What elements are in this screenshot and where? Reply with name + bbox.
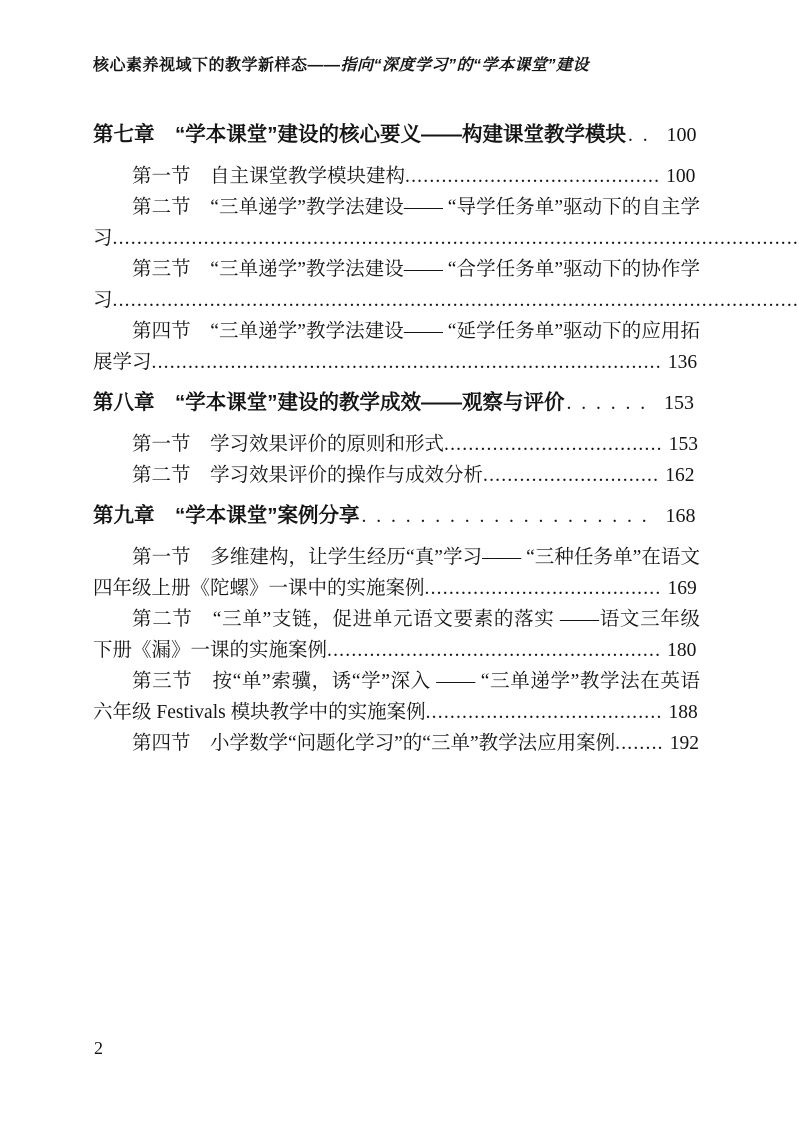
- toc-entry-section: 第一节 学习效果评价的原则和形式........................…: [93, 429, 700, 460]
- table-of-contents: 第七章 “学本课堂”建设的核心要义——构建课堂教学模块. . 100 第一节 自…: [93, 119, 700, 759]
- toc-entry-title: 第二节 学习效果评价的操作与成效分析: [132, 465, 483, 486]
- toc-entry-page: 188: [663, 702, 698, 723]
- toc-entry-page: 180: [661, 640, 696, 661]
- dot-leader: . . . . . . . . . . . . . . . . . . . .: [360, 506, 657, 527]
- toc-entry-section: 第四节 “三单递学”教学法建设—— “延学任务单”驱动下的应用拓展学习.....…: [93, 316, 700, 378]
- toc-entry-page: 168: [657, 505, 696, 527]
- dot-leader: . .: [626, 125, 658, 146]
- toc-entry-chapter: 第七章 “学本课堂”建设的核心要义——构建课堂教学模块. . 100: [93, 119, 700, 152]
- toc-entry-section: 第三节 按“单”索骥，诱“学”深入 —— “三单递学”教学法在英语六年级 Fes…: [93, 666, 700, 728]
- dot-leader: ........................................…: [113, 290, 799, 311]
- dot-leader: ....................................: [444, 434, 663, 455]
- dot-leader: .......................................: [425, 578, 662, 599]
- toc-entry-title: 第九章 “学本课堂”案例分享: [93, 504, 360, 527]
- toc-entry-page: 192: [664, 733, 699, 754]
- dot-leader: ........................................…: [327, 640, 661, 661]
- toc-entry-section: 第一节 自主课堂教学模块建构..........................…: [93, 161, 700, 192]
- toc-entry-section: 第二节 学习效果评价的操作与成效分析......................…: [93, 460, 700, 491]
- dot-leader: .......................................: [426, 702, 663, 723]
- dot-leader: . . . . . .: [565, 393, 656, 414]
- toc-entry-page: 153: [655, 392, 694, 414]
- toc-entry-section: 第四节 小学数学“问题化学习”的“三单”教学法应用案例........192: [93, 728, 700, 759]
- dot-leader: ........................................…: [152, 352, 662, 373]
- running-header: 核心素养视域下的教学新样态——指向“深度学习”的“学本课堂”建设: [93, 52, 700, 75]
- toc-entry-page: 100: [658, 124, 697, 146]
- dot-leader: ........................................…: [113, 228, 799, 249]
- toc-entry-page: 162: [659, 465, 694, 486]
- running-header-subtitle: 指向“深度学习”的“学本课堂”建设: [341, 57, 590, 74]
- toc-entry-section: 第二节 “三单递学”教学法建设—— “导学任务单”驱动下的自主学习.......…: [93, 192, 700, 254]
- toc-entry-title: 第八章 “学本课堂”建设的教学成效——观察与评价: [93, 391, 565, 414]
- toc-entry-page: 100: [660, 166, 695, 187]
- toc-entry-title: 第一节 自主课堂教学模块建构: [132, 166, 405, 187]
- page-number: 2: [94, 1038, 103, 1059]
- toc-entry-title: 第一节 学习效果评价的原则和形式: [132, 434, 444, 455]
- toc-entry-section: 第一节 多维建构，让学生经历“真”学习—— “三种任务单”在语文四年级上册《陀螺…: [93, 542, 700, 604]
- toc-entry-chapter: 第九章 “学本课堂”案例分享. . . . . . . . . . . . . …: [93, 500, 700, 533]
- toc-entry-chapter: 第八章 “学本课堂”建设的教学成效——观察与评价. . . . . . 153: [93, 387, 700, 420]
- running-header-main: 核心素养视域下的教学新样态——: [93, 57, 341, 74]
- toc-entry-page: 169: [661, 578, 696, 599]
- toc-entry-title: 第七章 “学本课堂”建设的核心要义——构建课堂教学模块: [93, 123, 626, 146]
- dot-leader: ........................................…: [405, 166, 660, 187]
- toc-entry-page: 136: [662, 352, 697, 373]
- dot-leader: ........: [615, 733, 664, 754]
- toc-entry-section: 第二节 “三单”支链，促进单元语文要素的落实 ——语文三年级下册《漏》一课的实施…: [93, 604, 700, 666]
- document-page: 核心素养视域下的教学新样态——指向“深度学习”的“学本课堂”建设 第七章 “学本…: [0, 0, 799, 1129]
- toc-entry-page: 153: [663, 434, 698, 455]
- toc-entry-section: 第三节 “三单递学”教学法建设—— “合学任务单”驱动下的协作学习.......…: [93, 254, 700, 316]
- dot-leader: .............................: [483, 465, 659, 486]
- toc-entry-title: 第四节 小学数学“问题化学习”的“三单”教学法应用案例: [132, 733, 615, 754]
